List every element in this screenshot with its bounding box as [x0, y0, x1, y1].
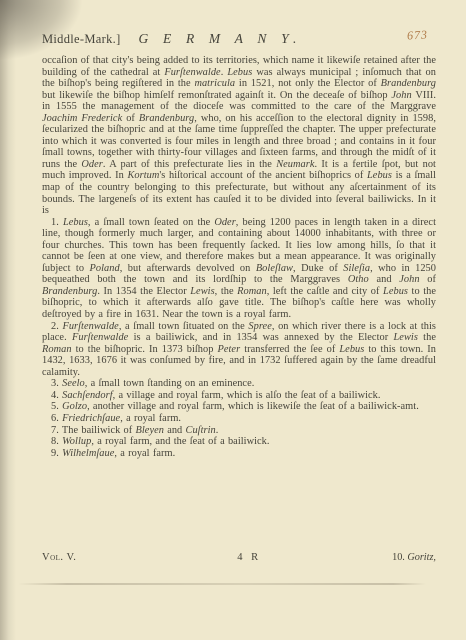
plain-text: 7. The bailiwick of [51, 425, 136, 436]
italic-text: Spree [248, 321, 271, 332]
plain-text: , but afterwards devolved on [120, 263, 256, 274]
italic-text: Lewis [394, 332, 418, 343]
page-number: 673 [407, 27, 429, 43]
italic-text: Lebus [339, 344, 364, 355]
list-item-9-wilhelmsaue: 9. Wilhelmſaue, a royal farm. [42, 448, 436, 460]
scan-page-edge-line [18, 583, 426, 585]
running-title-section: Middle-Mark.] [42, 32, 121, 46]
italic-text: Sileſia [343, 263, 370, 274]
plain-text: . A part of this prefecturate lies in th… [103, 159, 276, 170]
italic-text: Roman [42, 344, 72, 355]
plain-text: 3. [51, 378, 62, 389]
italic-text: Lebus [227, 67, 252, 78]
italic-text: Oder [81, 159, 102, 170]
plain-text: , a village and royal farm, which is alſ… [113, 390, 381, 401]
italic-text: Furſtenwalde [72, 332, 128, 343]
plain-text: 1. [51, 217, 63, 228]
italic-text: Sachſendorf [62, 390, 113, 401]
italic-text: Oder [214, 217, 235, 228]
italic-text: Seelo [62, 378, 85, 389]
plain-text: and [164, 425, 186, 436]
italic-text: Brandenburg [42, 286, 97, 297]
italic-text: Bleyen [136, 425, 164, 436]
signature-mark: 4 R [237, 552, 261, 563]
italic-text: Lebus [367, 170, 392, 181]
plain-text: , the [215, 286, 237, 297]
plain-text: , another village and royal farm, which … [87, 401, 419, 412]
page-footer: Vol. V. 4 R 10. Goritz, [42, 552, 436, 563]
italic-text: Roman [237, 286, 267, 297]
plain-text: . In 1354 the Elector [97, 286, 190, 297]
scanned-book-page: Middle-Mark.] G E R M A N Y. 673 occaſio… [0, 0, 466, 640]
italic-text: Wilhelmſaue [62, 448, 114, 459]
plain-text: , a ſmall town ſtanding on an eminence. [85, 378, 255, 389]
italic-text: Cuſtrin [186, 425, 216, 436]
plain-text: , a royal farm. [120, 413, 181, 424]
plain-text: in 1521, not only the Elector of [235, 78, 381, 89]
catchword-number: 10. [392, 552, 407, 563]
plain-text: to the biſhopric. In 1373 biſhop [72, 344, 218, 355]
list-item-1-lebus: 1. Lebus, a ſmall town ſeated on the Ode… [42, 217, 436, 321]
list-item-7-bleyen-custrin: 7. The bailiwick of Bleyen and Cuſtrin. [42, 425, 436, 437]
plain-text: and [369, 274, 400, 285]
plain-text: is a bailiwick, and in 1354 was annexed … [128, 332, 393, 343]
body-text: occaſion of that city's being added to i… [42, 55, 436, 459]
italic-text: Friedrichſaue [62, 413, 120, 424]
italic-text: Lebus [383, 286, 408, 297]
plain-text: the [418, 332, 436, 343]
italic-text: Furſtenwalde [62, 321, 118, 332]
plain-text: 2. [51, 321, 62, 332]
plain-text: 9. [51, 448, 62, 459]
italic-text: Boleſlaw [256, 263, 293, 274]
plain-text: 5. [51, 401, 62, 412]
italic-text: Joachim Frederick [42, 113, 122, 124]
list-item-6-friedrichsaue: 6. Friedrichſaue, a royal farm. [42, 413, 436, 425]
italic-text: Otho [348, 274, 369, 285]
italic-text: John [391, 90, 411, 101]
plain-text: , a royal farm, and the ſeat of a bailiw… [91, 436, 269, 447]
italic-text: John [399, 274, 419, 285]
list-item-5-golzo: 5. Golzo, another village and royal farm… [42, 401, 436, 413]
page-header: Middle-Mark.] G E R M A N Y. 673 [42, 30, 436, 52]
plain-text: 6. [51, 413, 62, 424]
italic-text: Poland [90, 263, 120, 274]
plain-text: 8. [51, 436, 62, 447]
plain-text: , a ſmall town ſituated on the [119, 321, 249, 332]
italic-text: Furſtenwalde [164, 67, 220, 78]
catchword-word: Goritz, [407, 552, 436, 563]
plain-text: , a ſmall town ſeated on the [88, 217, 214, 228]
plain-text: transferred the ſee of [240, 344, 339, 355]
plain-text: . [216, 425, 219, 436]
paragraph-continuation: occaſion of that city's being added to i… [42, 55, 436, 217]
list-item-2-furstenwalde: 2. Furſtenwalde, a ſmall town ſituated o… [42, 321, 436, 379]
italic-text: Kortum [127, 170, 159, 181]
plain-text: of [420, 274, 436, 285]
plain-text: but likewiſe the biſhop himſelf remonſtr… [42, 90, 391, 101]
text-block: Middle-Mark.] G E R M A N Y. 673 occaſio… [42, 30, 436, 459]
catchword: 10. Goritz, [392, 552, 436, 563]
italic-text: matricula [194, 78, 235, 89]
running-title-country: G E R M A N Y. [139, 31, 303, 46]
italic-text: Lewis [190, 286, 214, 297]
scan-gutter-shadow [0, 0, 16, 640]
italic-text: Wollup [62, 436, 91, 447]
italic-text: Neumark [276, 159, 314, 170]
plain-text: , Duke of [293, 263, 343, 274]
italic-text: Brandenburg [381, 78, 436, 89]
plain-text: , a royal farm. [114, 448, 175, 459]
italic-text: Lebus [63, 217, 88, 228]
plain-text: of [122, 113, 139, 124]
italic-text: Brandenburg [139, 113, 194, 124]
list-item-4-sachsendorf: 4. Sachſendorf, a village and royal farm… [42, 390, 436, 402]
volume-label: Vol. V. [42, 552, 76, 563]
plain-text: 's hiſtorical account of the ancient biſ… [159, 170, 367, 181]
italic-text: Golzo [62, 401, 87, 412]
plain-text: 4. [51, 390, 62, 401]
plain-text: , left the caſtle and city of [267, 286, 383, 297]
italic-text: Peter [218, 344, 241, 355]
list-item-3-seelo: 3. Seelo, a ſmall town ſtanding on an em… [42, 378, 436, 390]
list-item-8-wollup: 8. Wollup, a royal farm, and the ſeat of… [42, 436, 436, 448]
